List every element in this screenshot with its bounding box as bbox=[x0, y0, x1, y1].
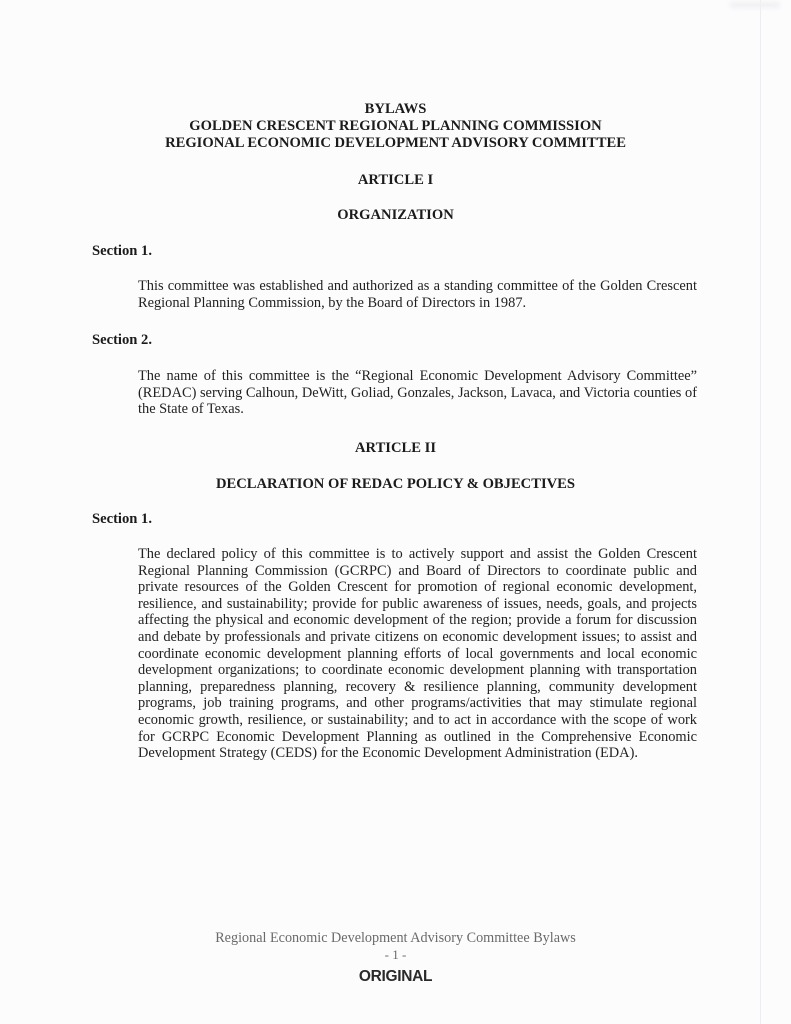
article-1-number: ARTICLE I bbox=[0, 172, 791, 189]
article-2-number: ARTICLE II bbox=[0, 440, 791, 457]
original-stamp: ORIGINAL bbox=[0, 968, 791, 986]
footer-document-title: Regional Economic Development Advisory C… bbox=[0, 930, 791, 947]
document-title: BYLAWS bbox=[0, 101, 791, 118]
article-1-section-2-text: The name of this committee is the “Regio… bbox=[138, 368, 697, 418]
article-2-title: DECLARATION OF REDAC POLICY & OBJECTIVES bbox=[0, 476, 791, 493]
article-2-section-1-text: The declared policy of this committee is… bbox=[138, 546, 697, 762]
committee-name: REGIONAL ECONOMIC DEVELOPMENT ADVISORY C… bbox=[0, 135, 791, 152]
scan-edge-line bbox=[760, 0, 761, 1024]
scan-smudge bbox=[730, 2, 780, 8]
article-1-section-1-text: This committee was established and autho… bbox=[138, 278, 697, 311]
article-1-section-1-label: Section 1. bbox=[92, 243, 152, 260]
article-2-section-1-label: Section 1. bbox=[92, 511, 152, 528]
article-1-title: ORGANIZATION bbox=[0, 207, 791, 224]
document-page: BYLAWS GOLDEN CRESCENT REGIONAL PLANNING… bbox=[0, 0, 791, 1024]
organization-name: GOLDEN CRESCENT REGIONAL PLANNING COMMIS… bbox=[0, 118, 791, 135]
article-1-section-2-label: Section 2. bbox=[92, 332, 152, 349]
page-number: - 1 - bbox=[0, 947, 791, 963]
document-title-block: BYLAWS GOLDEN CRESCENT REGIONAL PLANNING… bbox=[0, 101, 791, 152]
